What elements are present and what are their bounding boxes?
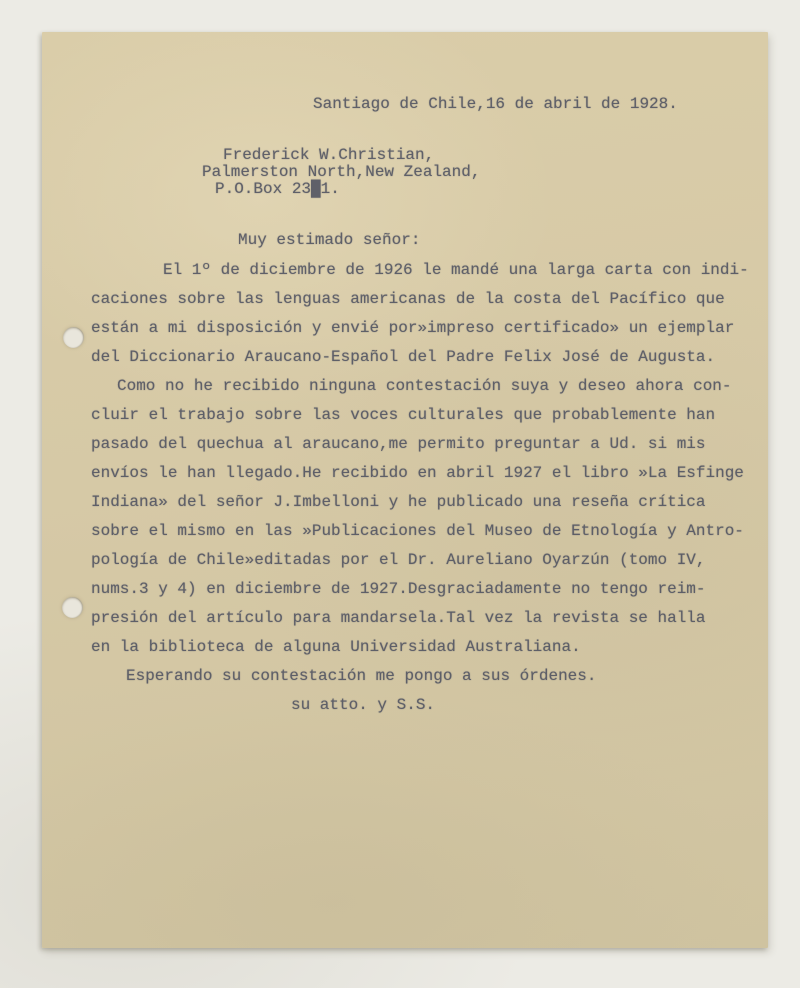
letter-body-line: cluir el trabajo sobre las voces cultura…: [91, 401, 749, 430]
punch-hole-top: [63, 327, 84, 348]
letter-paper: Santiago de Chile,16 de abril de 1928. F…: [42, 32, 768, 948]
letter-body-line: sobre el mismo en las »Publicaciones del…: [91, 517, 749, 546]
letter-body-line: su atto. y S.S.: [91, 691, 749, 720]
letter-body-line: pasado del quechua al araucano,me permit…: [91, 430, 749, 459]
letter-body-line: envíos le han llegado.He recibido en abr…: [91, 459, 749, 488]
recipient-address-line: Frederick W.Christian,: [202, 147, 480, 164]
letter-body-line: caciones sobre las lenguas americanas de…: [91, 285, 749, 314]
letter-body-line: El 1º de diciembre de 1926 le mandé una …: [91, 256, 749, 285]
letter-body-line: están a mi disposición y envié por»impre…: [91, 314, 749, 343]
letter-body-line: Esperando su contestación me pongo a sus…: [91, 662, 749, 691]
letter-body: El 1º de diciembre de 1926 le mandé una …: [91, 256, 749, 720]
punch-hole-bottom: [62, 597, 83, 618]
letter-body-line: del Diccionario Araucano-Español del Pad…: [91, 343, 749, 372]
scan-background: Santiago de Chile,16 de abril de 1928. F…: [0, 0, 800, 988]
letter-body-line: pología de Chile»editadas por el Dr. Aur…: [91, 546, 749, 575]
letter-body-line: presión del artículo para mandarsela.Tal…: [91, 604, 749, 633]
letter-body-line: nums.3 y 4) en diciembre de 1927.Desgrac…: [91, 575, 749, 604]
recipient-address-line: P.O.Box 23█1.: [202, 181, 480, 198]
recipient-address-line: Palmerston North,New Zealand,: [202, 164, 480, 181]
salutation-line: Muy estimado señor:: [238, 231, 420, 249]
letter-body-line: Como no he recibido ninguna contestación…: [91, 372, 749, 401]
recipient-address-block: Frederick W.Christian,Palmerston North,N…: [202, 147, 480, 198]
letter-body-line: en la biblioteca de alguna Universidad A…: [91, 633, 749, 662]
date-line: Santiago de Chile,16 de abril de 1928.: [313, 95, 678, 113]
letter-body-line: Indiana» del señor J.Imbelloni y he publ…: [91, 488, 749, 517]
